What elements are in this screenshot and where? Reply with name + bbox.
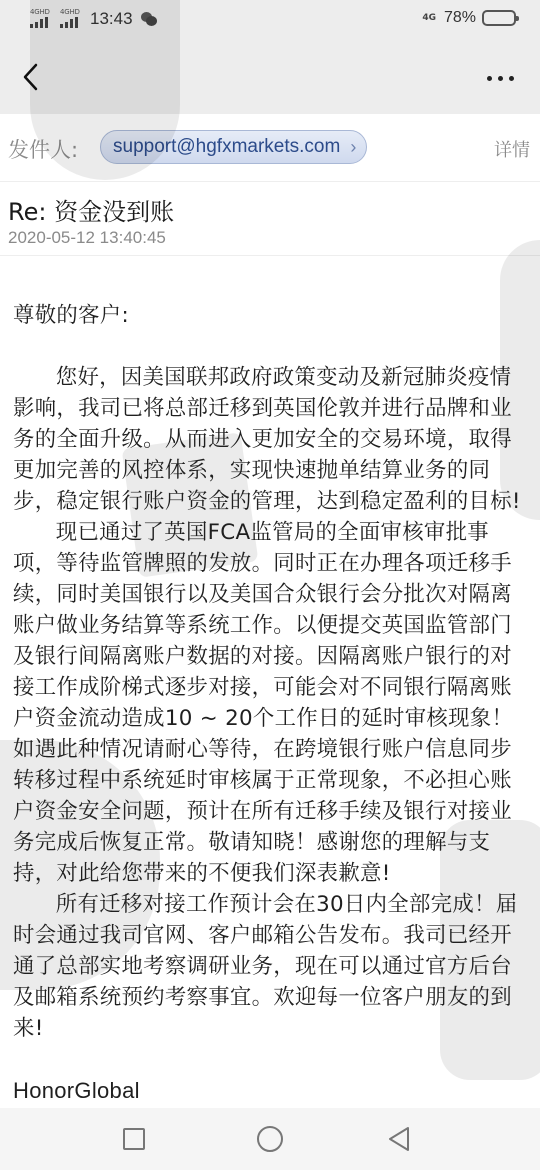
email-date: 2020-05-12 13:40:45 xyxy=(8,228,166,248)
chevron-right-icon: › xyxy=(350,131,356,163)
network-type: 4G xyxy=(422,13,436,23)
subject-block: Re: 资金没到账 2020-05-12 13:40:45 xyxy=(0,182,540,256)
more-dots-icon xyxy=(487,76,492,81)
sender-label: 发件人: xyxy=(8,134,78,164)
status-bar: 4GHD 4GHD 13:43 4G 78% xyxy=(0,0,540,40)
sender-row: 发件人: support@hgfxmarkets.com › 详情 xyxy=(0,114,540,182)
mail-toolbar xyxy=(0,40,540,114)
clock: 13:43 xyxy=(90,9,133,29)
sender-address-chip[interactable]: support@hgfxmarkets.com › xyxy=(100,130,367,164)
email-greeting: 尊敬的客户: xyxy=(13,300,523,331)
wechat-icon xyxy=(141,12,157,26)
triangle-back-icon xyxy=(386,1126,412,1152)
recents-button[interactable] xyxy=(123,1128,145,1150)
email-subject: Re: 资金没到账 xyxy=(8,192,174,227)
system-nav-bar xyxy=(0,1108,540,1170)
email-paragraph-1: 您好，因美国联邦政府政策变动及新冠肺炎疫情影响，我司已将总部迁移到英国伦敦并进行… xyxy=(13,362,523,517)
more-options-button[interactable] xyxy=(480,66,520,90)
chevron-left-icon xyxy=(18,60,48,94)
sim1-label: 4GHD xyxy=(30,8,50,16)
battery-icon xyxy=(482,10,516,26)
email-paragraph-2: 现已通过了英国FCA监管局的全面审核审批事项，等待监管牌照的发放。同时正在办理各… xyxy=(13,517,523,889)
sim2-label: 4GHD xyxy=(60,8,80,16)
battery-percent: 78% xyxy=(444,9,476,27)
sender-address: support@hgfxmarkets.com xyxy=(113,136,340,157)
details-link[interactable]: 详情 xyxy=(494,136,530,162)
email-body: 尊敬的客户: 您好，因美国联邦政府政策变动及新冠肺炎疫情影响，我司已将总部迁移到… xyxy=(13,300,523,1106)
email-paragraph-3: 所有迁移对接工作预计会在30日内全部完成！届时会通过我司官网、客户邮箱公告发布。… xyxy=(13,889,523,1044)
home-button[interactable] xyxy=(257,1126,283,1152)
signal-icon-sim1: 4GHD xyxy=(28,8,52,30)
system-back-button[interactable] xyxy=(386,1126,412,1152)
back-button[interactable] xyxy=(18,60,48,94)
email-signature: HonorGlobal xyxy=(13,1075,523,1106)
signal-icon-sim2: 4GHD xyxy=(58,8,82,30)
